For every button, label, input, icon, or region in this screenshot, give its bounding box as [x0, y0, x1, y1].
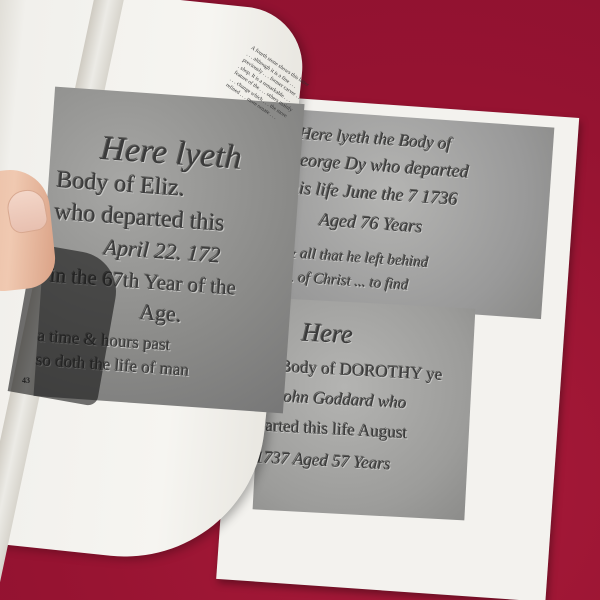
inscription-line: ... of Christ ... to find	[283, 269, 409, 295]
inscription-line: parted this life August	[256, 415, 407, 443]
inscription-line: & all that he left behind	[284, 245, 429, 272]
inscription-line: Age.	[139, 299, 183, 328]
inscription-line: 1737 Aged 57 Years	[255, 447, 391, 474]
inscription-line: April 22. 172	[103, 234, 221, 268]
inscription-line: Here	[301, 318, 354, 351]
inscription-line: Here lyeth the Body of	[299, 124, 452, 155]
inscription-line: this life June the 7 1736	[285, 177, 459, 210]
page-number: 43	[22, 376, 30, 385]
inscription-line: who departed this	[53, 199, 225, 238]
inscription-line: George Dy who departed	[287, 149, 470, 183]
gravestone-photo-top: Here lyeth the Body of George Dy who dep…	[274, 109, 555, 319]
inscription-line: ye Body of DOROTHY ye	[260, 356, 443, 386]
inscription-line: Aged 76 Years	[319, 209, 424, 237]
